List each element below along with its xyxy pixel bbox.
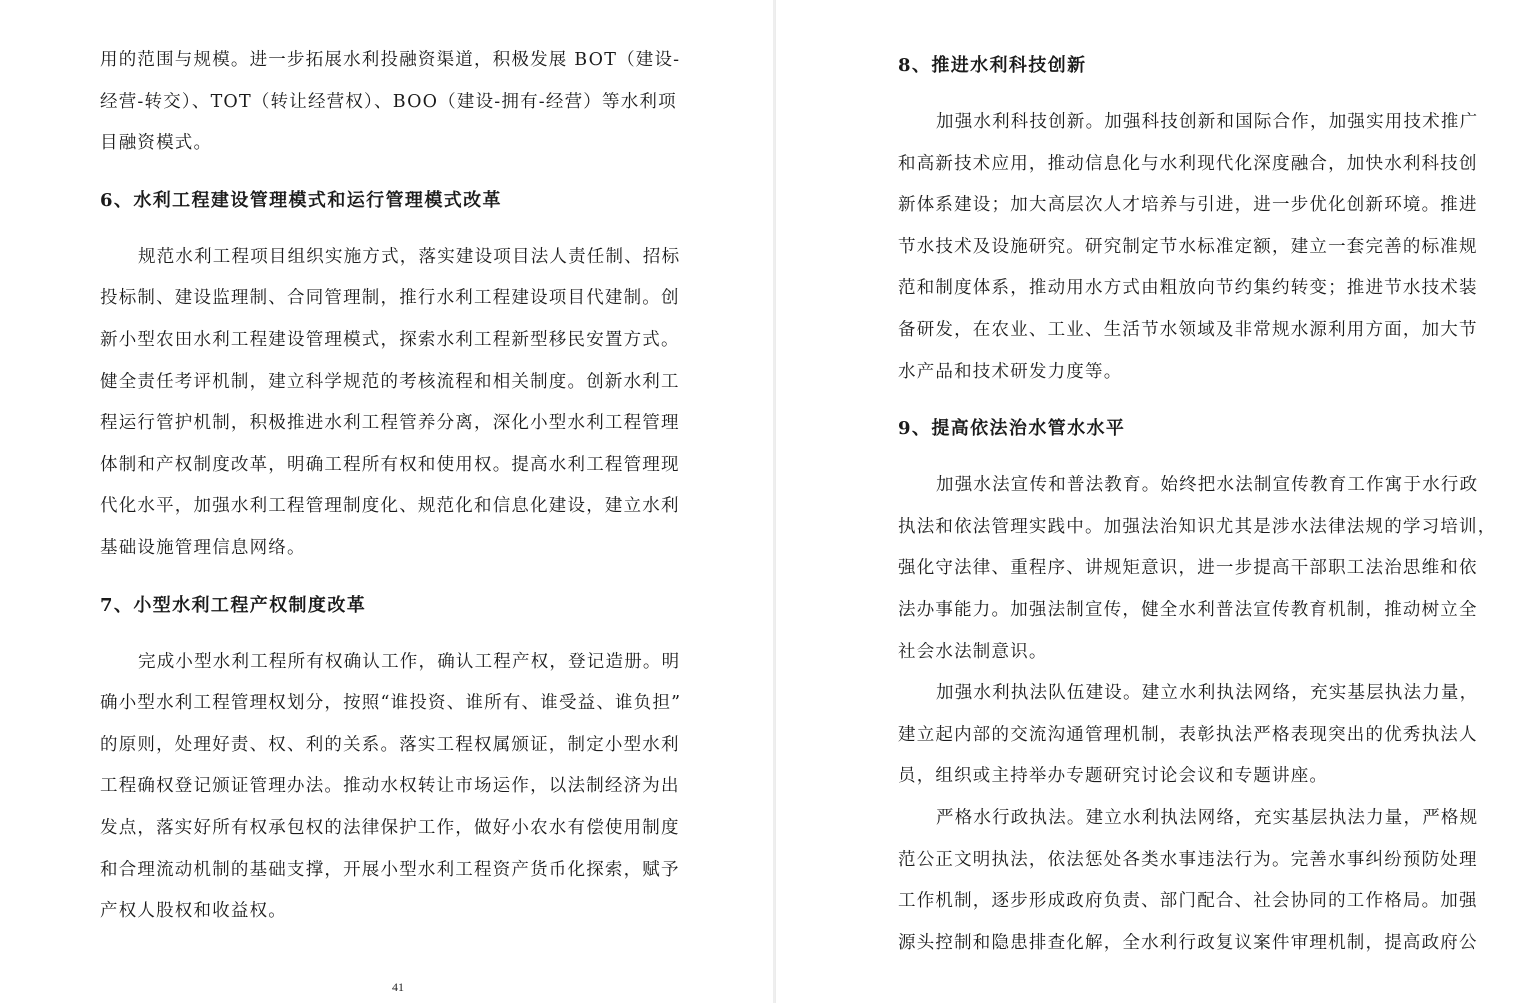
paragraph: 加强水利科技创新。加强科技创新和国际合作，加强实用技术推广和高新技术应用，推动信…	[898, 102, 1472, 393]
text-line: 源头控制和隐患排查化解，全水利行政复议案件审理机制，提高政府公	[898, 923, 1472, 965]
text-line: 新小型农田水利工程建设管理模式，探索水利工程新型移民安置方式。	[100, 320, 672, 362]
text-line: 强化守法律、重程序、讲规矩意识，进一步提高干部职工法治思维和依	[898, 548, 1472, 590]
text-line: 规范水利工程项目组织实施方式，落实建设项目法人责任制、招标	[100, 237, 672, 279]
text-line: 程运行管护机制，积极推进水利工程管养分离，深化小型水利工程管理	[100, 403, 672, 445]
text-line: 水产品和技术研发力度等。	[898, 352, 1472, 394]
text-line: 员，组织或主持举办专题研究讨论会议和专题讲座。	[898, 756, 1472, 798]
paragraph: 完成小型水利工程所有权确认工作，确认工程产权，登记造册。明确小型水利工程管理权划…	[100, 642, 672, 933]
text-line: 健全责任考评机制，建立科学规范的考核流程和相关制度。创新水利工	[100, 362, 672, 404]
text-line: 和高新技术应用，推动信息化与水利现代化深度融合，加快水利科技创	[898, 144, 1472, 186]
text-line: 执法和依法管理实践中。加强法治知识尤其是涉水法律法规的学习培训，	[898, 507, 1472, 549]
spacer	[100, 165, 672, 175]
section-heading: 7、小型水利工程产权制度改革	[100, 580, 672, 632]
spacer	[100, 227, 672, 237]
text-line: 代化水平，加强水利工程管理制度化、规范化和信息化建设，建立水利	[100, 486, 672, 528]
section-heading: 8、推进水利科技创新	[898, 40, 1472, 92]
left-page-content: 用的范围与规模。进一步拓展水利投融资渠道，积极发展 BOT（建设-经营-转交）、…	[100, 40, 672, 933]
text-line: 加强水利科技创新。加强科技创新和国际合作，加强实用技术推广	[898, 102, 1472, 144]
paragraph: 加强水法宣传和普法教育。始终把水法制宣传教育工作寓于水行政执法和依法管理实践中。…	[898, 465, 1472, 673]
text-line: 发点，落实好所有权承包权的法律保护工作，做好小农水有偿使用制度	[100, 808, 672, 850]
text-line: 加强水利执法队伍建设。建立水利执法网络，充实基层执法力量，	[898, 673, 1472, 715]
text-line: 社会水法制意识。	[898, 632, 1472, 674]
paragraph: 加强水利执法队伍建设。建立水利执法网络，充实基层执法力量，建立起内部的交流沟通管…	[898, 673, 1472, 798]
text-line: 范和制度体系，推动用水方式由粗放向节约集约转变；推进节水技术装	[898, 268, 1472, 310]
text-line: 基础设施管理信息网络。	[100, 528, 672, 570]
text-line: 备研发，在农业、工业、生活节水领域及非常规水源利用方面，加大节	[898, 310, 1472, 352]
text-line: 新体系建设；加大高层次人才培养与引进，进一步优化创新环境。推进	[898, 185, 1472, 227]
spacer	[100, 570, 672, 580]
text-line: 投标制、建设监理制、合同管理制，推行水利工程建设项目代建制。创	[100, 278, 672, 320]
right-page-content: 8、推进水利科技创新加强水利科技创新。加强科技创新和国际合作，加强实用技术推广和…	[898, 40, 1472, 964]
section-heading: 9、提高依法治水管水水平	[898, 403, 1472, 455]
text-line: 经营-转交）、TOT（转让经营权）、BOO（建设-拥有-经营）等水利项	[100, 82, 672, 124]
spacer	[898, 92, 1472, 102]
text-line: 范公正文明执法，依法惩处各类水事违法行为。完善水事纠纷预防处理	[898, 840, 1472, 882]
text-line: 确小型水利工程管理权划分，按照“谁投资、谁所有、谁受益、谁负担”	[100, 683, 672, 725]
spacer	[898, 393, 1472, 403]
text-line: 和合理流动机制的基础支撑，开展小型水利工程资产货币化探索，赋予	[100, 850, 672, 892]
spacer	[100, 632, 672, 642]
spacer	[898, 455, 1472, 465]
text-line: 节水技术及设施研究。研究制定节水标准定额，建立一套完善的标准规	[898, 227, 1472, 269]
paragraph: 规范水利工程项目组织实施方式，落实建设项目法人责任制、招标投标制、建设监理制、合…	[100, 237, 672, 570]
text-line: 的原则，处理好责、权、利的关系。落实工程权属颁证，制定小型水利	[100, 725, 672, 767]
text-line: 工作机制，逐步形成政府负责、部门配合、社会协同的工作格局。加强	[898, 881, 1472, 923]
text-line: 工程确权登记颁证管理办法。推动水权转让市场运作，以法制经济为出	[100, 766, 672, 808]
text-line: 产权人股权和收益权。	[100, 891, 672, 933]
text-line: 严格水行政执法。建立水利执法网络，充实基层执法力量，严格规	[898, 798, 1472, 840]
text-line: 目融资模式。	[100, 123, 672, 165]
text-line: 完成小型水利工程所有权确认工作，确认工程产权，登记造册。明	[100, 642, 672, 684]
text-line: 体制和产权制度改革，明确工程所有权和使用权。提高水利工程管理现	[100, 445, 672, 487]
paragraph: 用的范围与规模。进一步拓展水利投融资渠道，积极发展 BOT（建设-经营-转交）、…	[100, 40, 672, 165]
paragraph: 严格水行政执法。建立水利执法网络，充实基层执法力量，严格规范公正文明执法，依法惩…	[898, 798, 1472, 964]
text-line: 用的范围与规模。进一步拓展水利投融资渠道，积极发展 BOT（建设-	[100, 40, 672, 82]
page-number: 41	[392, 980, 404, 995]
text-line: 建立起内部的交流沟通管理机制，表彰执法严格表现突出的优秀执法人	[898, 715, 1472, 757]
text-line: 法办事能力。加强法制宣传，健全水利普法宣传教育机制，推动树立全	[898, 590, 1472, 632]
section-heading: 6、水利工程建设管理模式和运行管理模式改革	[100, 175, 672, 227]
text-line: 加强水法宣传和普法教育。始终把水法制宣传教育工作寓于水行政	[898, 465, 1472, 507]
